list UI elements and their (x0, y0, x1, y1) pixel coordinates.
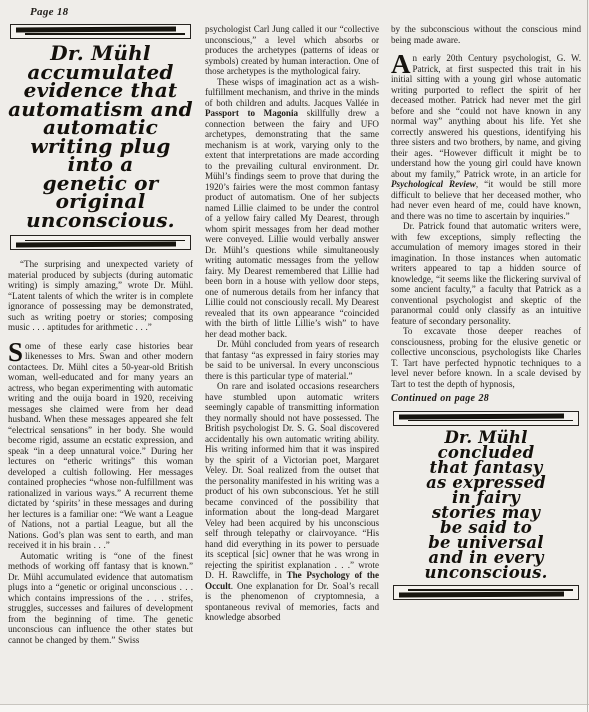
page-number: Page 18 (30, 6, 581, 18)
paragraph-text: . One explanation for Dr. Soal’s recall … (205, 581, 379, 623)
paragraph: Dr. Mühl concluded from years of researc… (205, 339, 379, 381)
magazine-page: Page 18 Dr. Mühl accumulated evidence th… (0, 0, 589, 712)
paragraph-text: ome of these early case histories bear l… (8, 341, 193, 551)
ornament-rule-bottom-icon (393, 585, 579, 600)
paragraph: Dr. Patrick found that automatic writers… (391, 221, 581, 326)
column-2: psychologist Carl Jung called it our “co… (205, 24, 379, 623)
journal-title: Psychological Review (391, 179, 476, 189)
paragraph: On rare and isolated occasions researche… (205, 381, 379, 623)
paragraph-text: n early 20th Century psychologist, G. W.… (391, 53, 581, 179)
pull-quote-box-1: Dr. Mühl accumulated evidence that autom… (8, 24, 193, 250)
pull-quote-line: unconscious. (8, 211, 193, 230)
paragraph: Some of these early case histories bear … (8, 341, 193, 551)
ornament-rule-top-icon (10, 24, 191, 39)
continued-note: Continued on page 28 (391, 394, 581, 405)
paragraph-text: On rare and isolated occasions researche… (205, 381, 379, 580)
paragraph: An early 20th Century psychologist, G. W… (391, 53, 581, 221)
paragraph-text: skillfully drew a connection between the… (205, 108, 379, 339)
paragraph: Automatic writing is “one of the finest … (8, 551, 193, 646)
drop-cap: A (391, 53, 413, 74)
ornament-rule-top-icon (393, 411, 579, 426)
pull-quote-1-text: Dr. Mühl accumulated evidence that autom… (8, 39, 193, 235)
paragraph: by the subconscious without the consciou… (391, 24, 581, 45)
paragraph-text: These wisps of imagination act as a wish… (205, 77, 379, 108)
paragraph: psychologist Carl Jung called it our “co… (205, 24, 379, 77)
paragraph: To excavate those deeper reaches of cons… (391, 326, 581, 389)
paragraph: These wisps of imagination act as a wish… (205, 77, 379, 340)
paragraph: “The surprising and unexpected variety o… (8, 259, 193, 333)
pull-quote-line: unconscious. (391, 565, 581, 580)
column-1: Dr. Mühl accumulated evidence that autom… (8, 24, 193, 645)
drop-cap: S (8, 341, 25, 362)
page-bottom-edge (0, 704, 589, 712)
ornament-rule-bottom-icon (10, 235, 191, 250)
pull-quote-2-text: Dr. Mühl concluded that fantasy as expre… (391, 426, 581, 585)
article-columns: Dr. Mühl accumulated evidence that autom… (8, 24, 581, 645)
column-3: by the subconscious without the consciou… (391, 24, 581, 600)
book-title: Passport to Magonia (205, 108, 298, 118)
pull-quote-box-2: Dr. Mühl concluded that fantasy as expre… (391, 411, 581, 600)
